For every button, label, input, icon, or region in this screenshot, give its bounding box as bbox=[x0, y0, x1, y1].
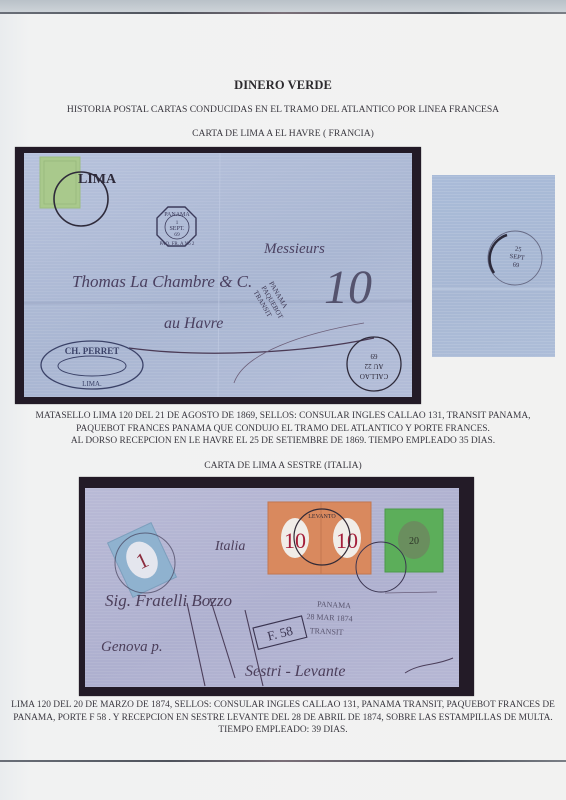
green-stamp-value: 20 bbox=[409, 536, 419, 547]
caption-2-line-2: PANAMA, PORTE F 58 . Y RECEPCION EN SEST… bbox=[0, 712, 566, 725]
cover-2-frame: 1 10 10 LEVANTO 20 Italia Sig. Fratelli … bbox=[79, 477, 474, 696]
callao-text: CALLAO bbox=[360, 372, 388, 380]
cover-2-caption: LIMA 120 DEL 20 DE MARZO DE 1874, SELLOS… bbox=[0, 699, 566, 737]
cover-1-heading: CARTA DE LIMA A EL HAVRE ( FRANCIA) bbox=[0, 128, 566, 139]
page-subtitle: HISTORIA POSTAL CARTAS CONDUCIDAS EN EL … bbox=[0, 104, 566, 115]
transit-2-line-1: PANAMA bbox=[317, 600, 352, 611]
cover-1-frame: LIMA PANAMA 1 SEPT. 69 PAQ. FR. A No 2 M… bbox=[15, 147, 421, 404]
octagon-year: 69 bbox=[174, 232, 180, 238]
back-month: SEPT bbox=[509, 253, 525, 262]
rate-marking: 10 bbox=[324, 261, 372, 314]
callao-year: 69 bbox=[370, 352, 378, 360]
octagon-top-text: PANAMA bbox=[164, 212, 190, 218]
boxed-rate: F. 58 bbox=[266, 623, 295, 644]
levante-cancel: LEVANTO bbox=[308, 514, 336, 520]
cover-1-caption: MATASELLO LIMA 120 DEL 21 DE AGOSTO DE 1… bbox=[0, 410, 566, 448]
address-line-3: au Havre bbox=[164, 315, 223, 332]
caption-1-line-1: MATASELLO LIMA 120 DEL 21 DE AGOSTO DE 1… bbox=[0, 410, 566, 423]
octagon-bottom-text: PAQ. FR. A No 2 bbox=[160, 242, 195, 247]
cover-1-envelope: LIMA PANAMA 1 SEPT. 69 PAQ. FR. A No 2 M… bbox=[24, 153, 412, 397]
cover-1-back: 25 SEPT 69 bbox=[432, 175, 555, 357]
cover-2-markings: 1 10 10 LEVANTO 20 Italia Sig. Fratelli … bbox=[85, 488, 459, 687]
cover-2-heading: CARTA DE LIMA A SESTRE (ITALIA) bbox=[0, 460, 566, 471]
caption-1-line-2: PAQUEBOT FRANCES PANAMA QUE CONDUJO EL T… bbox=[0, 423, 566, 436]
page-title: DINERO VERDE bbox=[0, 78, 566, 93]
caption-1-line-3: AL DORSO RECEPCION EN LE HAVRE EL 25 DE … bbox=[0, 435, 566, 448]
oval-city: LIMA. bbox=[82, 380, 102, 388]
top-band bbox=[0, 0, 566, 12]
bottom-rule bbox=[0, 760, 566, 762]
caption-2-line-1: LIMA 120 DEL 20 DE MARZO DE 1874, SELLOS… bbox=[0, 699, 566, 712]
back-day: 25 bbox=[515, 246, 522, 254]
oval-name: CH. PERRET bbox=[65, 346, 120, 356]
address-italia: Italia bbox=[214, 539, 245, 554]
address-genova: Genova p. bbox=[101, 639, 163, 655]
top-rule bbox=[0, 12, 566, 14]
back-year: 69 bbox=[512, 261, 519, 269]
transit-2-line-3: TRANSIT bbox=[309, 626, 343, 637]
transit-2-line-2: 28 MAR 1874 bbox=[306, 612, 353, 623]
lima-cancel-text: LIMA bbox=[78, 172, 117, 187]
caption-2-line-3: TIEMPO EMPLEADO: 39 DIAS. bbox=[0, 724, 566, 737]
cover-1-markings: LIMA PANAMA 1 SEPT. 69 PAQ. FR. A No 2 M… bbox=[24, 153, 412, 397]
back-markings: 25 SEPT 69 bbox=[432, 175, 555, 357]
cover-2-envelope: 1 10 10 LEVANTO 20 Italia Sig. Fratelli … bbox=[85, 488, 459, 687]
address-line-1: Messieurs bbox=[263, 241, 325, 257]
callao-date: AU 22 bbox=[364, 362, 383, 370]
address-line-2: Thomas La Chambre & C. bbox=[72, 272, 252, 291]
